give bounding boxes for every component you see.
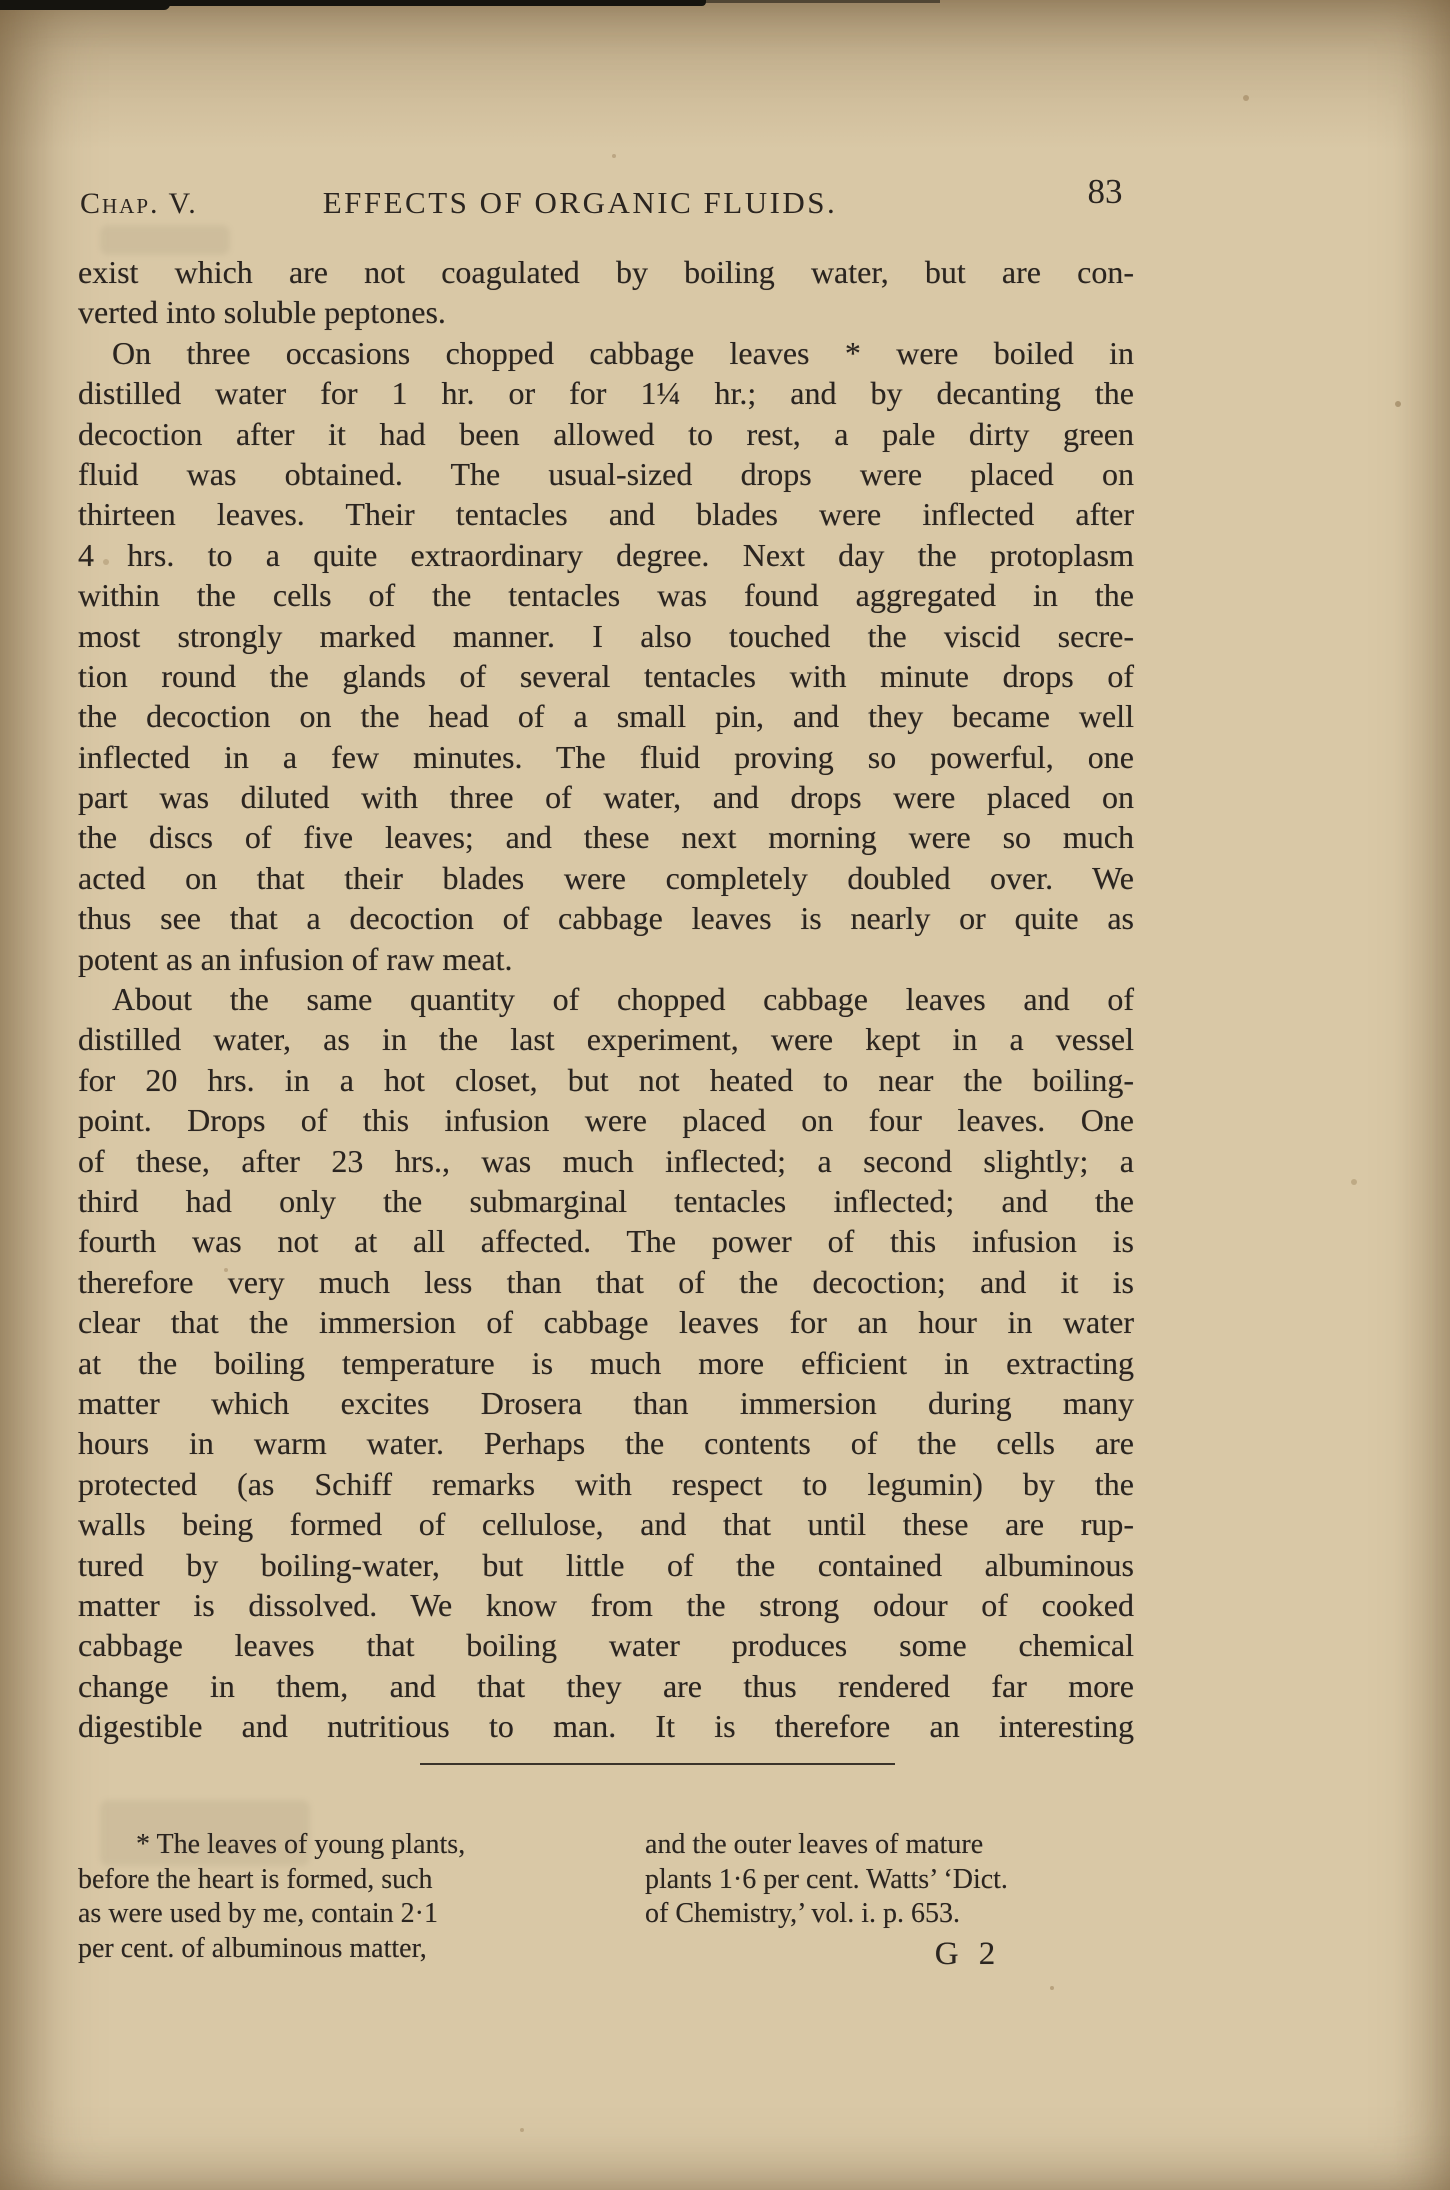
body-line: matter which excites Drosera than immers… — [78, 1383, 1134, 1423]
footnote-line: plants 1·6 per cent. Watts’ ‘Dict. — [645, 1863, 1145, 1898]
body-line: the decoction on the head of a small pin… — [78, 696, 1134, 736]
body-line: 4 hrs. to a quite extraordinary degree. … — [78, 535, 1134, 575]
footnote-left-column: * The leaves of young plants, before the… — [78, 1828, 618, 1966]
body-line: distilled water for 1 hr. or for 1¼ hr.;… — [78, 373, 1134, 413]
printers-signature-mark: G 2 — [908, 1936, 1028, 1973]
footnote-line: per cent. of albuminous matter, — [78, 1932, 618, 1967]
body-line: point. Drops of this infusion were place… — [78, 1100, 1134, 1140]
body-line: exist which are not coagulated by boilin… — [78, 252, 1134, 292]
scan-edge-artifact — [700, 0, 940, 3]
body-line: cabbage leaves that boiling water produc… — [78, 1625, 1134, 1665]
body-line: tured by boiling-water, but little of th… — [78, 1545, 1134, 1585]
footnote-separator-rule — [420, 1763, 895, 1765]
body-line: potent as an infusion of raw meat. — [78, 939, 1134, 979]
body-line: matter is dissolved. We know from the st… — [78, 1585, 1134, 1625]
running-title: EFFECTS OF ORGANIC FLUIDS. — [240, 185, 920, 221]
body-line: the discs of five leaves; and these next… — [78, 817, 1134, 857]
body-line: within the cells of the tentacles was fo… — [78, 575, 1134, 615]
paper-top-shading — [0, 0, 1450, 150]
body-line: fluid was obtained. The usual-sized drop… — [78, 454, 1134, 494]
body-line: On three occasions chopped cabbage leave… — [78, 333, 1134, 373]
body-line: thus see that a decoction of cabbage lea… — [78, 898, 1134, 938]
body-line: therefore very much less than that of th… — [78, 1262, 1134, 1302]
footnote-line: as were used by me, contain 2·1 — [78, 1897, 618, 1932]
footnote-line: of Chemistry,’ vol. i. p. 653. — [645, 1897, 1145, 1932]
scan-edge-artifact — [0, 0, 170, 10]
body-text-block: exist which are not coagulated by boilin… — [78, 252, 1134, 1746]
footnote-line: before the heart is formed, such — [78, 1863, 618, 1898]
body-line: decoction after it had been allowed to r… — [78, 414, 1134, 454]
body-line: clear that the immersion of cabbage leav… — [78, 1302, 1134, 1342]
body-line: third had only the submarginal tentacles… — [78, 1181, 1134, 1221]
body-line: inflected in a few minutes. The fluid pr… — [78, 737, 1134, 777]
body-line: part was diluted with three of water, an… — [78, 777, 1134, 817]
body-line: at the boiling temperature is much more … — [78, 1343, 1134, 1383]
chapter-label: Chap. V. — [80, 187, 198, 221]
show-through-smudge — [100, 225, 230, 255]
body-line: acted on that their blades were complete… — [78, 858, 1134, 898]
body-line: of these, after 23 hrs., was much inflec… — [78, 1141, 1134, 1181]
body-line: protected (as Schiff remarks with respec… — [78, 1464, 1134, 1504]
body-line: digestible and nutritious to man. It is … — [78, 1706, 1134, 1746]
book-page-scan: Chap. V. EFFECTS OF ORGANIC FLUIDS. 83 e… — [0, 0, 1450, 2190]
body-line: fourth was not at all affected. The powe… — [78, 1221, 1134, 1261]
footnote-right-column: and the outer leaves of mature plants 1·… — [645, 1828, 1145, 1932]
body-line: distilled water, as in the last experime… — [78, 1019, 1134, 1059]
body-line: change in them, and that they are thus r… — [78, 1666, 1134, 1706]
footnote-line: and the outer leaves of mature — [645, 1828, 1145, 1863]
body-line: for 20 hrs. in a hot closet, but not hea… — [78, 1060, 1134, 1100]
body-line: most strongly marked manner. I also touc… — [78, 616, 1134, 656]
body-line: thirteen leaves. Their tentacles and bla… — [78, 494, 1134, 534]
page-number: 83 — [1063, 172, 1147, 212]
body-line: walls being formed of cellulose, and tha… — [78, 1504, 1134, 1544]
body-line: tion round the glands of several tentacl… — [78, 656, 1134, 696]
footnote-line: * The leaves of young plants, — [78, 1828, 618, 1863]
body-line: verted into soluble peptones. — [78, 292, 1134, 332]
body-line: hours in warm water. Perhaps the content… — [78, 1423, 1134, 1463]
body-line: About the same quantity of chopped cabba… — [78, 979, 1134, 1019]
